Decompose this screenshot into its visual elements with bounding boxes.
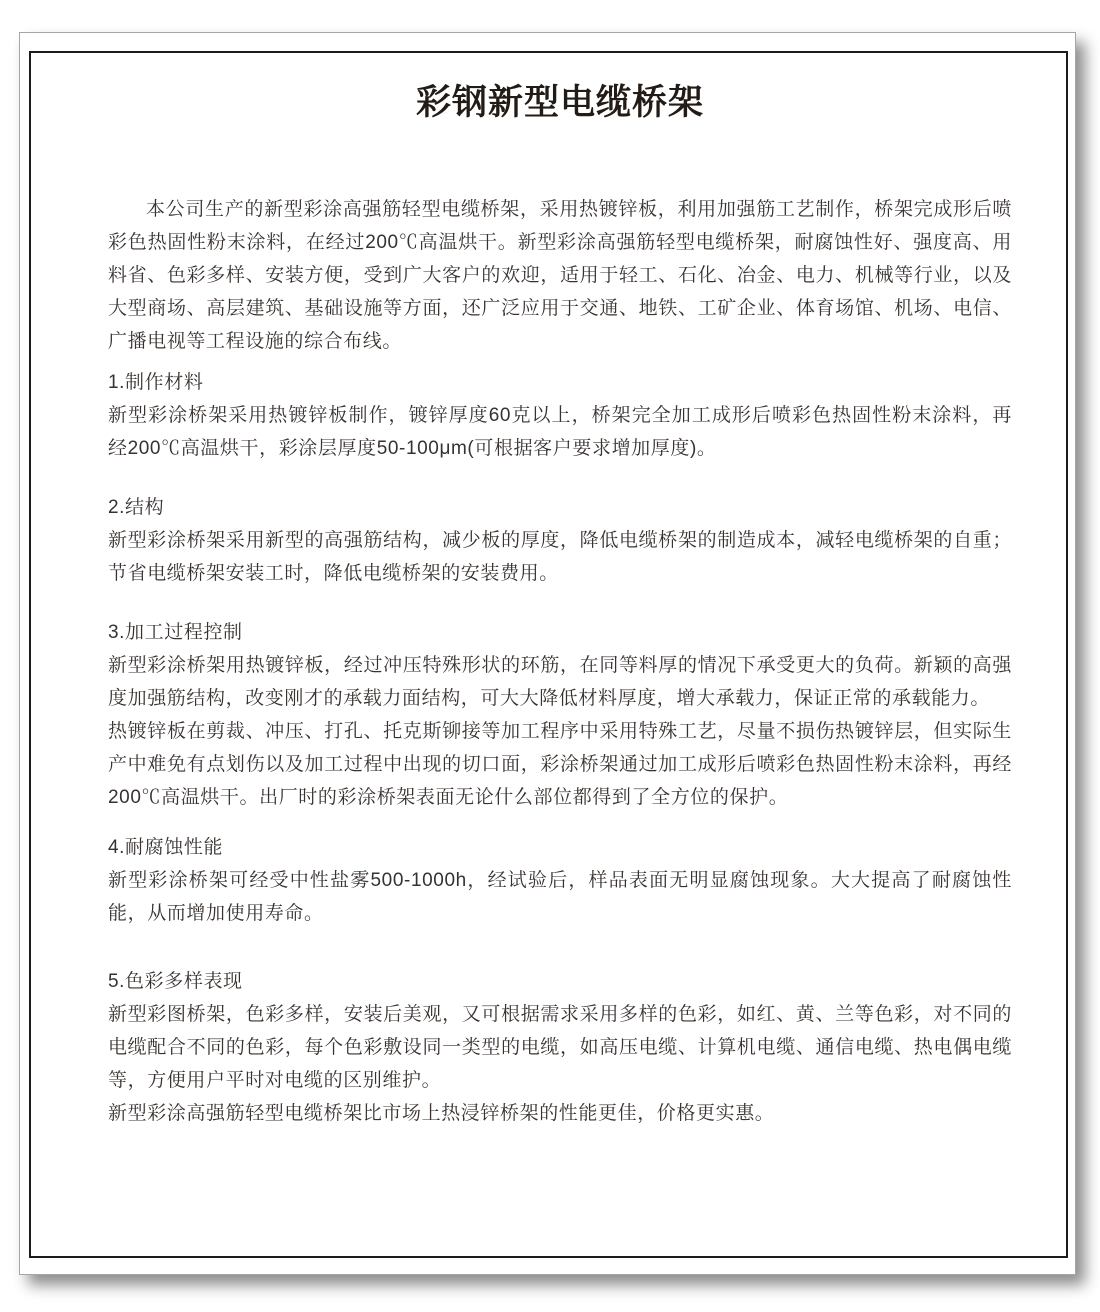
section-paragraph: 新型彩涂高强筋轻型电缆桥架比市场上热浸锌桥架的性能更佳，价格更实惠。 (108, 1097, 1012, 1130)
section-corrosion-resistance: 4.耐腐蚀性能 新型彩涂桥架可经受中性盐雾500-1000h，经试验后，样品表面… (108, 831, 1012, 930)
section-heading: 5.色彩多样表现 (108, 965, 1012, 998)
document-page: 彩钢新型电缆桥架 本公司生产的新型彩涂高强筋轻型电缆桥架，采用热镀锌板，利用加强… (19, 32, 1076, 1275)
section-heading: 2.结构 (108, 491, 1012, 524)
section-heading: 4.耐腐蚀性能 (108, 831, 1012, 864)
section-structure: 2.结构 新型彩涂桥架采用新型的高强筋结构，减少板的厚度，降低电缆桥架的制造成本… (108, 491, 1012, 590)
section-process-control: 3.加工过程控制 新型彩涂桥架用热镀锌板，经过冲压特殊形状的环筋，在同等料厚的情… (108, 616, 1012, 814)
section-paragraph: 新型彩涂桥架可经受中性盐雾500-1000h，经试验后，样品表面无明显腐蚀现象。… (108, 864, 1012, 930)
section-paragraph: 新型彩图桥架，色彩多样，安装后美观，又可根据需求采用多样的色彩，如红、黄、兰等色… (108, 998, 1012, 1097)
page-title: 彩钢新型电缆桥架 (108, 81, 1012, 125)
page-content: 彩钢新型电缆桥架 本公司生产的新型彩涂高强筋轻型电缆桥架，采用热镀锌板，利用加强… (31, 53, 1066, 1130)
section-heading: 3.加工过程控制 (108, 616, 1012, 649)
section-paragraph: 新型彩涂桥架用热镀锌板，经过冲压特殊形状的环筋，在同等料厚的情况下承受更大的负荷… (108, 649, 1012, 715)
page-border-frame: 彩钢新型电缆桥架 本公司生产的新型彩涂高强筋轻型电缆桥架，采用热镀锌板，利用加强… (29, 51, 1068, 1258)
section-paragraph: 新型彩涂桥架采用新型的高强筋结构，减少板的厚度，降低电缆桥架的制造成本，减轻电缆… (108, 524, 1012, 590)
section-heading: 1.制作材料 (108, 366, 1012, 399)
section-paragraph: 新型彩涂桥架采用热镀锌板制作，镀锌厚度60克以上，桥架完全加工成形后喷彩色热固性… (108, 399, 1012, 465)
section-paragraph: 热镀锌板在剪裁、冲压、打孔、托克斯铆接等加工程序中采用特殊工艺，尽量不损伤热镀锌… (108, 715, 1012, 814)
section-color-variety: 5.色彩多样表现 新型彩图桥架，色彩多样，安装后美观，又可根据需求采用多样的色彩… (108, 965, 1012, 1130)
document-background: 彩钢新型电缆桥架 本公司生产的新型彩涂高强筋轻型电缆桥架，采用热镀锌板，利用加强… (0, 0, 1100, 1312)
section-materials: 1.制作材料 新型彩涂桥架采用热镀锌板制作，镀锌厚度60克以上，桥架完全加工成形… (108, 366, 1012, 465)
intro-paragraph: 本公司生产的新型彩涂高强筋轻型电缆桥架，采用热镀锌板，利用加强筋工艺制作，桥架完… (108, 193, 1012, 358)
